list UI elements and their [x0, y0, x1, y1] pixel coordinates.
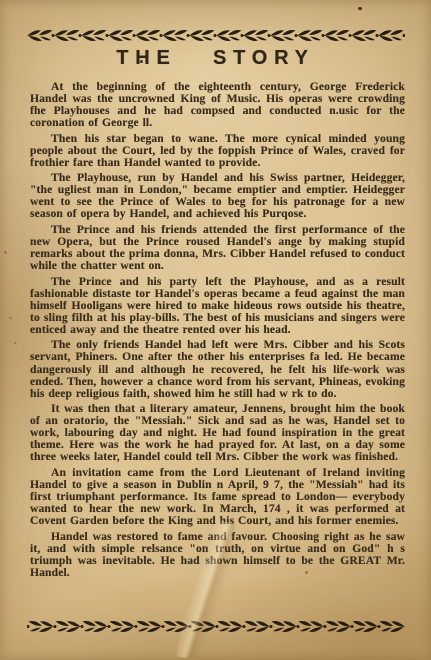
story-paragraph: The only friends Handel had left were Mr… [30, 339, 405, 399]
ink-speck [358, 7, 362, 10]
scanned-page: THE STORY At the beginning of the eighte… [0, 0, 431, 660]
stain-speck [9, 317, 12, 319]
story-paragraph: Then his star began to wane. The more cy… [30, 133, 405, 169]
page-title: THE STORY [0, 47, 431, 70]
stain-speck [4, 251, 7, 254]
story-paragraph: At the beginning of the eighteenth centu… [30, 81, 405, 129]
story-paragraph: An invitation came from the Lord Lieuten… [30, 467, 405, 527]
stain-speck [14, 342, 16, 344]
ink-speck [140, 60, 143, 63]
story-paragraph: The Prince and his friends attended the … [30, 224, 405, 272]
laurel-border-bottom-icon [27, 619, 405, 634]
story-text: At the beginning of the eighteenth centu… [30, 81, 405, 616]
laurel-border-top-icon [27, 28, 405, 43]
story-paragraph: The Playhouse, run by Handel and his Swi… [30, 172, 405, 220]
story-paragraph: The Prince and his party left the Playho… [30, 276, 405, 336]
stain-speck [305, 571, 308, 574]
story-paragraph: Handel was restored to fame and favour. … [30, 531, 405, 579]
story-paragraph: It was then that a literary amateur, Jen… [30, 403, 405, 463]
